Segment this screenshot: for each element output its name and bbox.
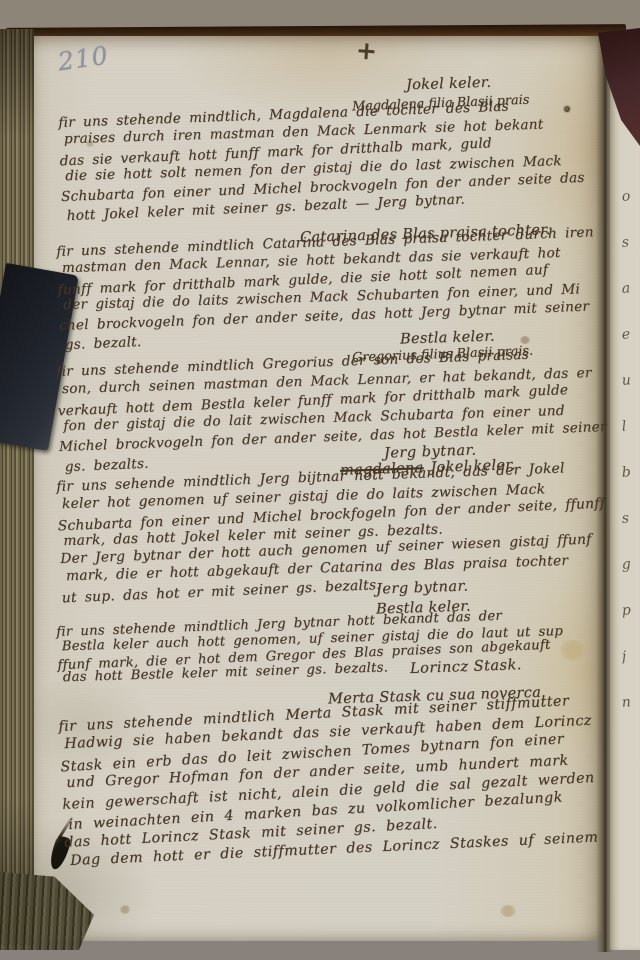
record-paragraph-3: fir uns stehende mindtlich Gregorius der… [56, 343, 608, 476]
record-paragraph-1: fir uns stehende mindtlich, Magdalena di… [58, 95, 586, 225]
record-paragraph-2: fir uns stehende mindtlich Catarina des … [56, 223, 597, 353]
record-paragraph-7: fir uns stehende mindtlich Merta Stask m… [58, 691, 599, 873]
cross-mark: + [355, 35, 378, 65]
record-paragraph-6: fir uns stehende mindtlich Jerg bytnar h… [56, 606, 564, 688]
handwriting-layer: 210 + Jokel keler. Magdalena filia Blasi… [0, 0, 640, 960]
folio-number-pencil: 210 [56, 41, 110, 77]
signature-lorincz-stask: Lorincz Stask. [410, 657, 522, 677]
manuscript-photo: osaeulbsgpjn 210 + Jokel keler. Magdalen… [0, 0, 640, 960]
signature-jerg-bytnar-2: Jerg bytnar. [376, 578, 469, 597]
entry-heading-jokel-keler: Jokel keler. [406, 75, 492, 94]
